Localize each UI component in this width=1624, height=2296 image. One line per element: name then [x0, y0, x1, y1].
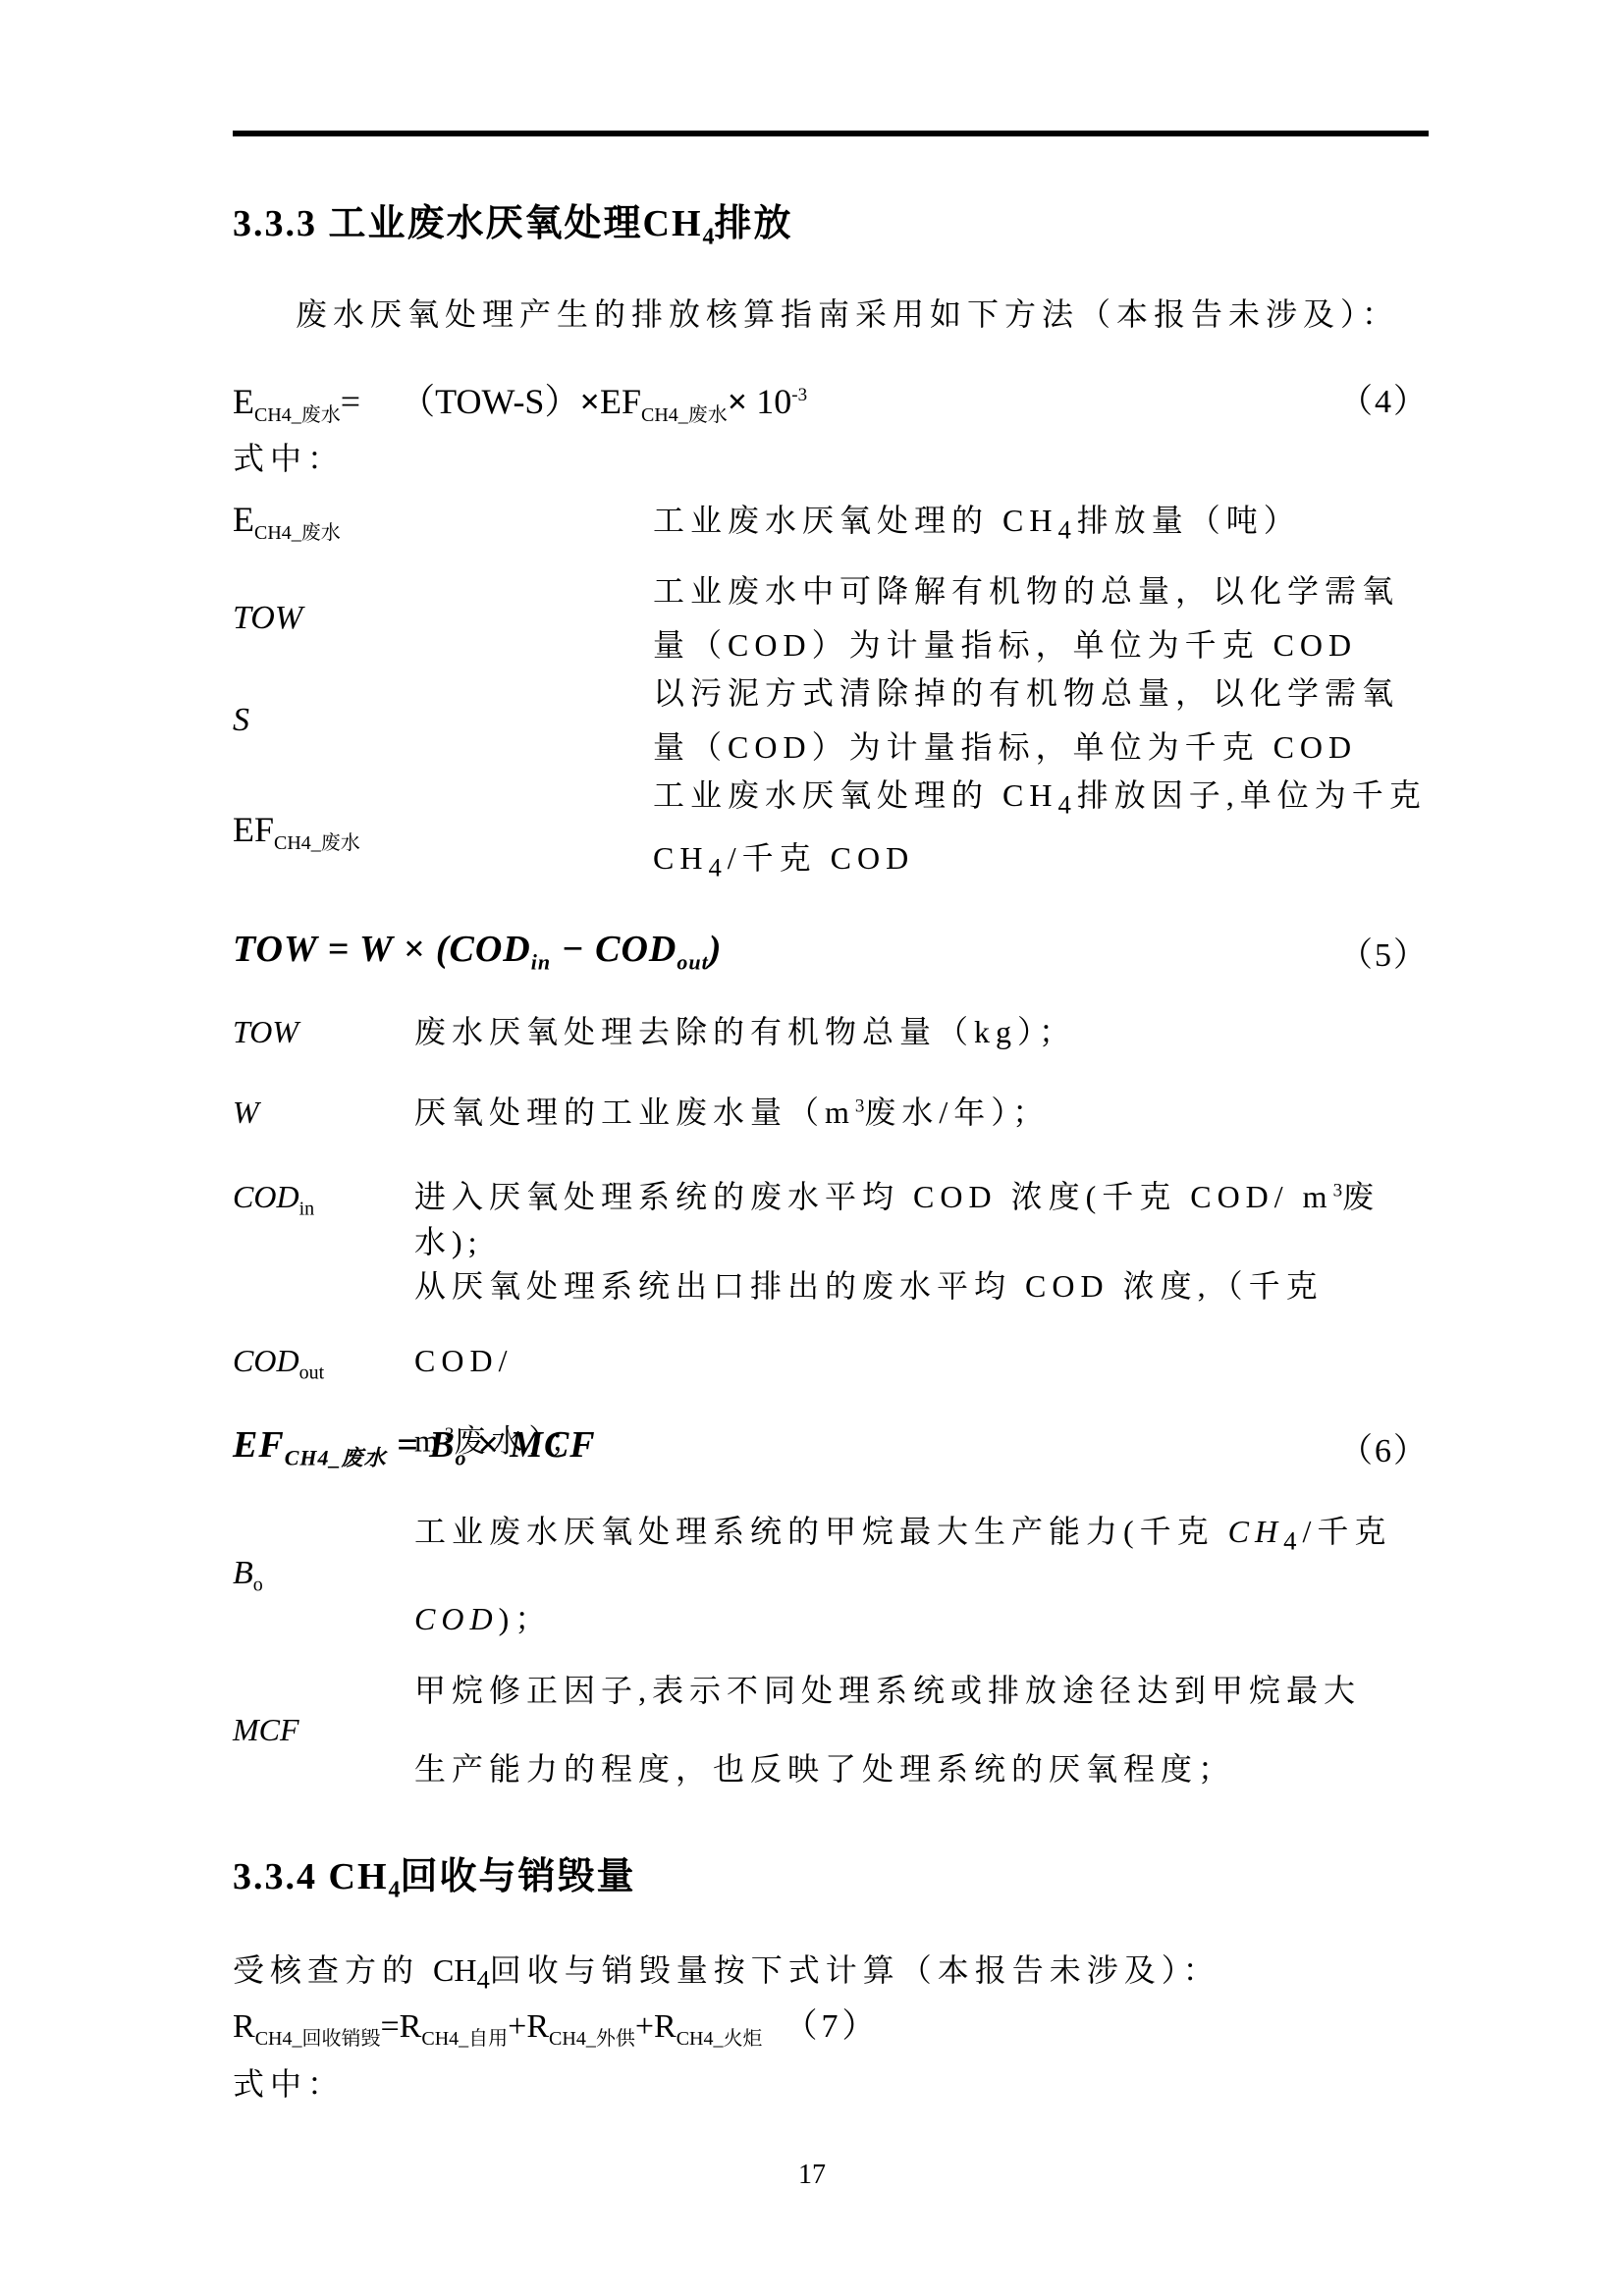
- formula-var: COD: [233, 1179, 299, 1214]
- chem-subscript: 4: [1057, 789, 1076, 819]
- multiply-sign: ×: [579, 382, 600, 421]
- formula-exponent: -3: [791, 385, 807, 405]
- heading-text: 回收与销毁量: [401, 1856, 636, 1897]
- paragraph-text: 受核查方的: [233, 1952, 433, 1988]
- formula-5-row: TOW = W × (CODin − CODout) （5）: [233, 928, 1429, 976]
- equation-tag: （5）: [1339, 928, 1429, 976]
- formula-6: EFCH4_废水 = Bo × MCF: [233, 1423, 596, 1472]
- equals-sign: =: [317, 929, 359, 970]
- formula-subscript: CH4_回收销毁: [255, 2028, 381, 2050]
- chem-subscript: 4: [476, 1964, 489, 1994]
- equals-sign: =: [380, 2008, 399, 2045]
- chem-symbol: CH: [329, 1856, 389, 1897]
- formula-subscript: CH4_自用: [421, 2028, 508, 2050]
- multiply-sign: ×: [728, 382, 748, 421]
- section-heading-333: 3.3.3 工业废水厌氧处理CH4排放: [233, 192, 1429, 251]
- multiply-sign: ×: [393, 929, 436, 970]
- definition-text-part: 进入厌氧处理系统的废水平均 COD 浓度(千克 COD/ m: [414, 1179, 1333, 1214]
- definition-text-part: )；: [499, 1601, 553, 1636]
- chem-subscript: 4: [1057, 514, 1076, 544]
- definition-text-part: 废水/年）；: [864, 1095, 1050, 1130]
- multiply-sign: ×: [467, 1424, 511, 1466]
- where-label: 式中：: [233, 434, 1429, 479]
- definition-term: MCF: [233, 1712, 414, 1748]
- formula-var: W: [359, 929, 393, 970]
- definition-line: 生产能力的程度，也反映了处理系统的厌氧程度；: [414, 1730, 1429, 1808]
- definition-text-part: 工业废水厌氧处理系统的甲烷最大生产能力(千克: [414, 1514, 1228, 1549]
- chem-subscript: 4: [389, 1878, 401, 1903]
- formula-var: R: [233, 2008, 255, 2045]
- definition-term: W: [233, 1095, 414, 1131]
- definition-line: 工业废水中可降解有机物的总量，以化学需氧: [653, 564, 1429, 618]
- definition-text-part: 排放因子,单位为千克: [1077, 777, 1427, 813]
- definition-text: 厌氧处理的工业废水量（m3废水/年）；: [414, 1088, 1429, 1133]
- formula-subscript: o: [456, 1446, 467, 1470]
- definition-term: TOW: [233, 600, 653, 637]
- formula-6-row: EFCH4_废水 = Bo × MCF （6）: [233, 1423, 1429, 1472]
- chem-symbol: CH: [1228, 1514, 1283, 1549]
- definition-row-e: ECH4_废水 工业废水厌氧处理的 CH4排放量（吨）: [233, 496, 1429, 545]
- formula-7: RCH4_回收销毁=RCH4_自用+RCH4_外供+RCH4_火炬（7）: [233, 1999, 1429, 2051]
- formula-var: E: [233, 500, 254, 539]
- formula-4: ECH4_废水=（TOW-S）×EFCH4_废水× 10-3: [233, 374, 807, 427]
- paragraph-text: 回收与销毁量按下式计算（本报告未涉及）：: [490, 1952, 1220, 1988]
- section-heading-334: 3.3.4 CH4回收与销毁量: [233, 1845, 1429, 1904]
- heading-text: 3.3.4: [233, 1856, 329, 1897]
- chem-subscript: 4: [1283, 1525, 1302, 1555]
- heading-text: 3.3.3 工业废水厌氧处理: [233, 203, 643, 244]
- equation-tag: （4）: [1339, 374, 1429, 422]
- definition-line: 量（COD）为计量指标，单位为千克 COD: [653, 618, 1429, 672]
- definition-text-part: 厌氧处理的工业废水量（m: [414, 1095, 855, 1130]
- formula-subscript: out: [677, 950, 708, 975]
- formula-var: E: [233, 382, 254, 421]
- definition-term: TOW: [233, 1014, 414, 1050]
- intro-paragraph: 废水厌氧处理产生的排放核算指南采用如下方法（本报告未涉及）：: [233, 290, 1429, 335]
- definition-term: CODin: [233, 1179, 414, 1220]
- definition-text-part: /千克 COD: [728, 840, 914, 876]
- chem-subscript: 4: [708, 853, 727, 882]
- definition-term: Bo: [233, 1555, 414, 1596]
- equals-sign: =: [341, 382, 360, 421]
- equation-tag: （7）: [785, 2008, 880, 2045]
- definition-term: S: [233, 702, 653, 739]
- definition-row-tow2: TOW 废水厌氧处理去除的有机物总量（kg）；: [233, 1007, 1429, 1052]
- formula-4-row: ECH4_废水=（TOW-S）×EFCH4_废水× 10-3 （4）: [233, 374, 1429, 427]
- definition-term: ECH4_废水: [233, 499, 653, 545]
- formula-var: B: [233, 1555, 253, 1591]
- formula-subscript: CH4_废水: [274, 832, 360, 854]
- formula-number: 10: [747, 382, 791, 421]
- formula-var: R: [400, 2008, 422, 2045]
- definition-text: 废水厌氧处理去除的有机物总量（kg）；: [414, 1007, 1429, 1052]
- formula-var: COD: [414, 1601, 499, 1636]
- definition-text: 甲烷修正因子,表示不同处理系统或排放途径达到甲烷最大 生产能力的程度，也反映了处…: [414, 1651, 1429, 1808]
- definition-text: 以污泥方式清除掉的有机物总量，以化学需氧量（COD）为计量指标，单位为千克 CO…: [653, 667, 1429, 774]
- definition-text: 工业废水厌氧处理系统的甲烷最大生产能力(千克 CH4/千克 COD)；: [414, 1492, 1429, 1658]
- equation-tag: （6）: [1339, 1423, 1429, 1471]
- formula-var: EF: [600, 382, 641, 421]
- recovery-paragraph: 受核查方的 CH4回收与销毁量按下式计算（本报告未涉及）：: [233, 1946, 1429, 1995]
- formula-subscript: CH4_废水: [254, 404, 341, 426]
- close-paren: ): [709, 929, 723, 970]
- where-label: 式中：: [233, 2059, 1429, 2105]
- definition-row-ef: EFCH4_废水 工业废水厌氧处理的 CH4排放因子,单位为千克 CH4/千克 …: [233, 769, 1429, 895]
- definition-line: CH4/千克 COD: [653, 831, 1429, 894]
- formula-subscript: CH4_废水: [285, 1446, 387, 1470]
- formula-var: MCF: [510, 1424, 595, 1466]
- definition-term: CODout: [233, 1343, 414, 1384]
- open-paren: (: [436, 929, 450, 970]
- formula-var: COD: [233, 1343, 299, 1378]
- definition-text-part: /千克: [1302, 1514, 1391, 1549]
- definition-row-s: S 以污泥方式清除掉的有机物总量，以化学需氧量（COD）为计量指标，单位为千克 …: [233, 667, 1429, 774]
- definition-line: 甲烷修正因子,表示不同处理系统或排放途径达到甲烷最大: [414, 1651, 1429, 1730]
- definition-line: 量（COD）为计量指标，单位为千克 COD: [653, 721, 1429, 774]
- formula-var: R: [654, 2008, 677, 2045]
- definition-text-part: 工业废水厌氧处理的 CH: [653, 503, 1057, 538]
- formula-subscript: in: [299, 1198, 315, 1219]
- formula-subscript: CH4_火炬: [677, 2028, 763, 2050]
- definition-line: COD)；: [414, 1579, 1429, 1658]
- definition-line: 从厌氧处理系统出口排出的废水平均 COD 浓度,（千克 COD/: [414, 1249, 1429, 1398]
- definition-text: 工业废水厌氧处理的 CH4排放量（吨）: [653, 496, 1429, 545]
- definition-line: 以污泥方式清除掉的有机物总量，以化学需氧: [653, 667, 1429, 721]
- plus-sign: +: [508, 2008, 526, 2045]
- definition-text-part: 排放量（吨）: [1077, 503, 1301, 538]
- formula-var: EF: [233, 1424, 285, 1466]
- formula-var: COD: [595, 929, 677, 970]
- definition-text-part: 工业废水厌氧处理的 CH: [653, 777, 1057, 813]
- formula-var: TOW: [233, 929, 317, 970]
- definition-row-w: W 厌氧处理的工业废水量（m3废水/年）；: [233, 1088, 1429, 1133]
- plus-sign: +: [635, 2008, 654, 2045]
- formula-subscript: out: [299, 1362, 325, 1383]
- definition-line: 工业废水厌氧处理系统的甲烷最大生产能力(千克 CH4/千克: [414, 1492, 1429, 1579]
- chem-symbol: CH: [433, 1952, 476, 1988]
- superscript-3: 3: [855, 1095, 865, 1116]
- definition-line: 工业废水厌氧处理的 CH4排放因子,单位为千克: [653, 769, 1429, 831]
- formula-body: （TOW-S）: [400, 382, 579, 421]
- chem-symbol: CH: [643, 203, 703, 244]
- definition-row-tow: TOW 工业废水中可降解有机物的总量，以化学需氧量（COD）为计量指标，单位为千…: [233, 564, 1429, 672]
- formula-subscript: CH4_外供: [549, 2028, 635, 2050]
- formula-subscript: o: [253, 1574, 263, 1595]
- definition-text: 工业废水厌氧处理的 CH4排放因子,单位为千克 CH4/千克 COD: [653, 769, 1429, 895]
- formula-var: COD: [449, 929, 530, 970]
- formula-subscript: CH4_废水: [254, 522, 341, 544]
- document-page: 3.3.3 工业废水厌氧处理CH4排放 废水厌氧处理产生的排放核算指南采用如下方…: [0, 0, 1624, 2296]
- formula-var: R: [526, 2008, 549, 2045]
- definition-row-bo: Bo 工业废水厌氧处理系统的甲烷最大生产能力(千克 CH4/千克 COD)；: [233, 1492, 1429, 1658]
- heading-text: 排放: [715, 203, 793, 244]
- definition-term: EFCH4_废水: [233, 809, 653, 855]
- formula-5: TOW = W × (CODin − CODout): [233, 928, 722, 976]
- header-rule: [233, 131, 1429, 136]
- superscript-3: 3: [1333, 1180, 1343, 1201]
- formula-subscript: CH4_废水: [641, 404, 728, 426]
- definition-text: 工业废水中可降解有机物的总量，以化学需氧量（COD）为计量指标，单位为千克 CO…: [653, 564, 1429, 672]
- definition-row-mcf: MCF 甲烷修正因子,表示不同处理系统或排放途径达到甲烷最大 生产能力的程度，也…: [233, 1651, 1429, 1808]
- formula-var: EF: [233, 810, 274, 849]
- equals-sign: =: [387, 1424, 430, 1466]
- page-number: 17: [0, 2160, 1624, 2191]
- minus-sign: −: [551, 929, 595, 970]
- formula-subscript: in: [531, 950, 551, 975]
- definition-text-part: CH: [653, 840, 708, 876]
- formula-var: B: [429, 1424, 455, 1466]
- chem-subscript: 4: [703, 225, 715, 250]
